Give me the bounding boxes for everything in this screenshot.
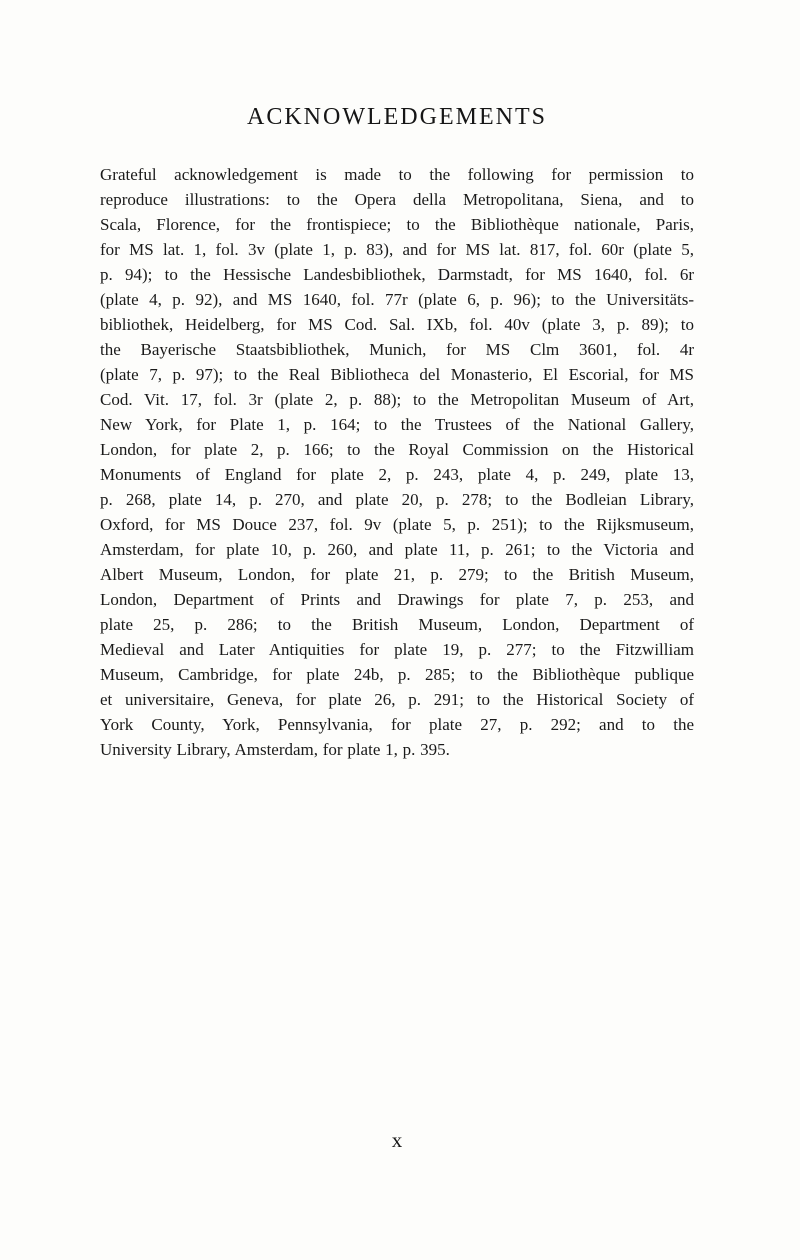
acknowledgements-paragraph: Grateful acknowledgement is made to the …: [100, 162, 694, 762]
text-line: plate 25, p. 286; to the British Museum,…: [100, 612, 694, 637]
text-line: for MS lat. 1, fol. 3v (plate 1, p. 83),…: [100, 237, 694, 262]
text-line: New York, for Plate 1, p. 164; to the Tr…: [100, 412, 694, 437]
book-page: ACKNOWLEDGEMENTS Grateful acknowledgemen…: [0, 0, 800, 1260]
text-line: (plate 4, p. 92), and MS 1640, fol. 77r …: [100, 287, 694, 312]
text-line: Medieval and Later Antiquities for plate…: [100, 637, 694, 662]
text-line: et universitaire, Geneva, for plate 26, …: [100, 687, 694, 712]
text-line: Cod. Vit. 17, fol. 3r (plate 2, p. 88); …: [100, 387, 694, 412]
text-line: Monuments of England for plate 2, p. 243…: [100, 462, 694, 487]
text-line: Amsterdam, for plate 10, p. 260, and pla…: [100, 537, 694, 562]
text-line: Scala, Florence, for the frontispiece; t…: [100, 212, 694, 237]
page-number: x: [100, 1128, 694, 1153]
text-line: the Bayerische Staatsbibliothek, Munich,…: [100, 337, 694, 362]
text-line: p. 94); to the Hessische Landesbibliothe…: [100, 262, 694, 287]
page-title: ACKNOWLEDGEMENTS: [100, 104, 694, 131]
text-line: Museum, Cambridge, for plate 24b, p. 285…: [100, 662, 694, 687]
text-line: University Library, Amsterdam, for plate…: [100, 737, 694, 762]
text-line: (plate 7, p. 97); to the Real Bibliothec…: [100, 362, 694, 387]
text-line: Grateful acknowledgement is made to the …: [100, 162, 694, 187]
text-line: Albert Museum, London, for plate 21, p. …: [100, 562, 694, 587]
text-line: p. 268, plate 14, p. 270, and plate 20, …: [100, 487, 694, 512]
text-line: reproduce illustrations: to the Opera de…: [100, 187, 694, 212]
text-line: London, for plate 2, p. 166; to the Roya…: [100, 437, 694, 462]
text-line: York County, York, Pennsylvania, for pla…: [100, 712, 694, 737]
text-line: bibliothek, Heidelberg, for MS Cod. Sal.…: [100, 312, 694, 337]
text-line: Oxford, for MS Douce 237, fol. 9v (plate…: [100, 512, 694, 537]
text-line: London, Department of Prints and Drawing…: [100, 587, 694, 612]
